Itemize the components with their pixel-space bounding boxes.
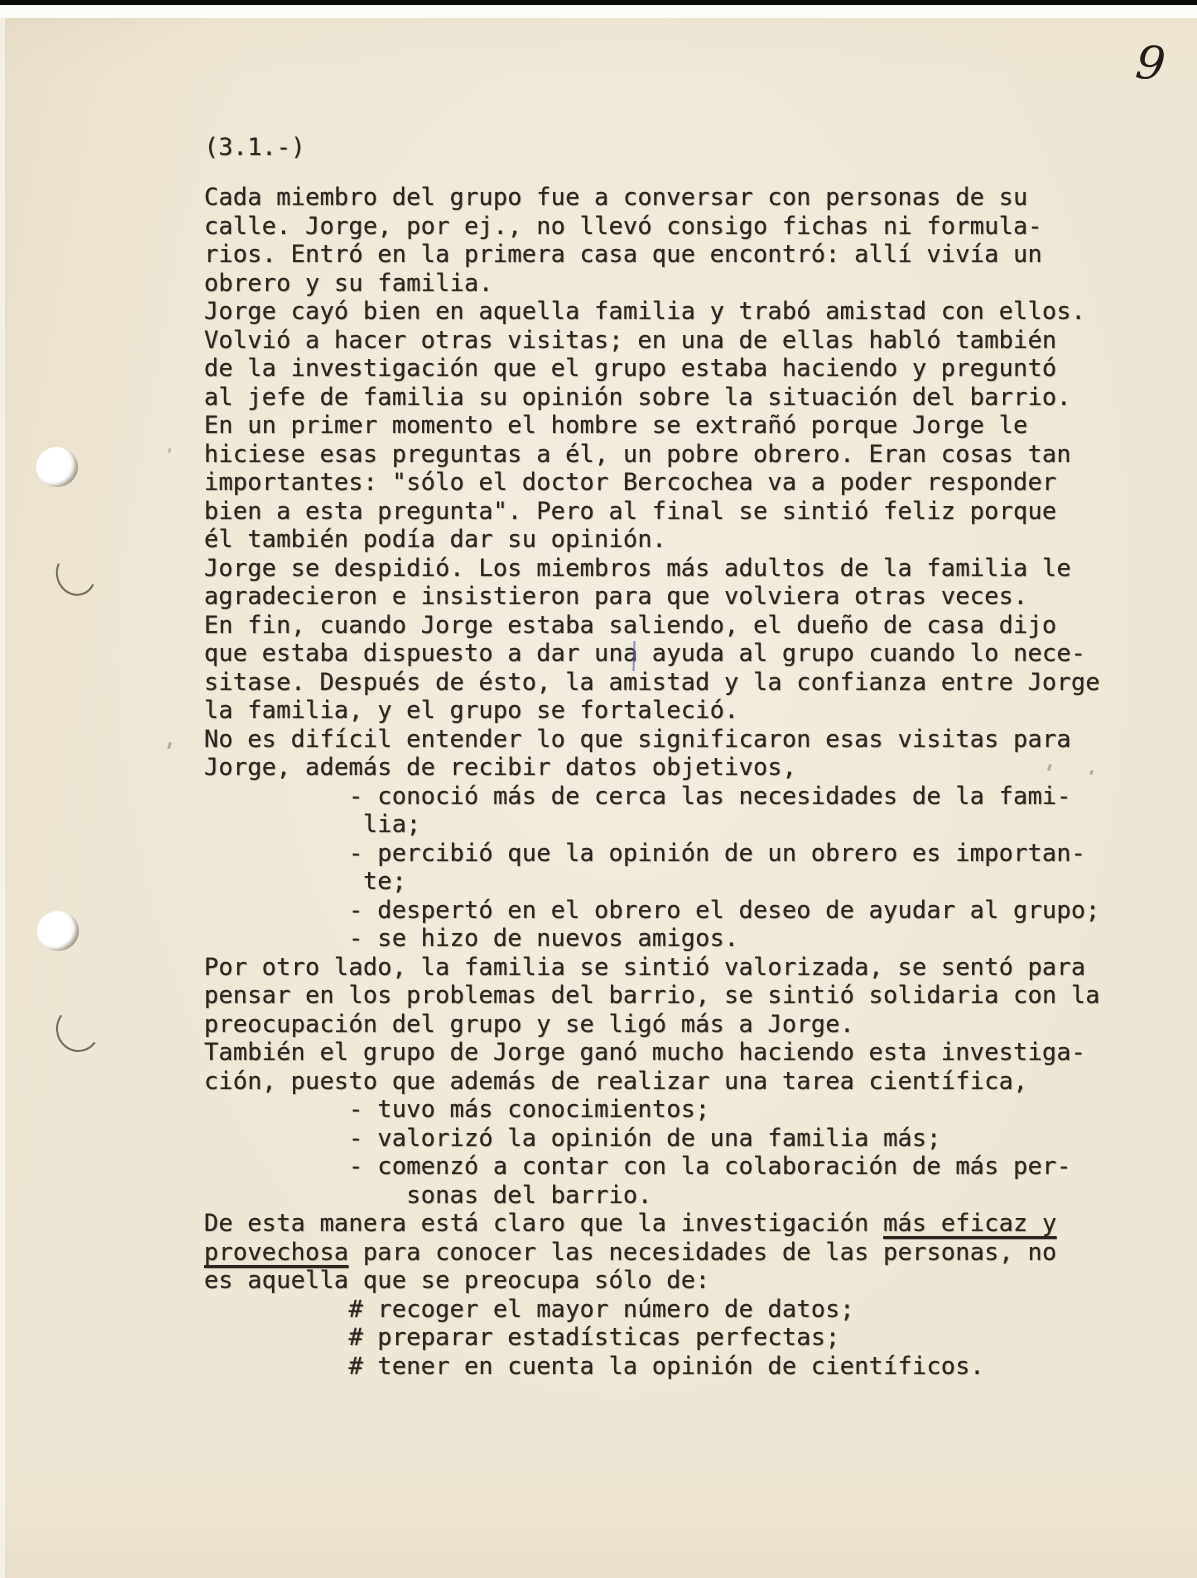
text-segment: - despertó en el obrero el deseo de ayud… xyxy=(204,896,1100,924)
text-line: calle. Jorge, por ej., no llevó consigo … xyxy=(204,212,1100,241)
text-segment: de la investigación que el grupo estaba … xyxy=(204,354,1057,382)
text-line: bien a esta pregunta". Pero al final se … xyxy=(204,497,1100,526)
text-segment: No es difícil entender lo que significar… xyxy=(204,725,1071,753)
punch-hole-top xyxy=(36,447,78,487)
text-segment: - comenzó a contar con la colaboración d… xyxy=(204,1152,1071,1180)
text-line: provechosa para conocer las necesidades … xyxy=(204,1238,1100,1267)
text-segment: al jefe de familia su opinión sobre la s… xyxy=(204,383,1071,411)
pen-mark-curve-bottom xyxy=(53,1003,103,1055)
text-line: ción, puesto que además de realizar una … xyxy=(204,1067,1100,1096)
text-segment: En fin, cuando Jorge estaba saliendo, el… xyxy=(204,611,1057,639)
text-segment: rios. Entró en la primera casa que encon… xyxy=(204,240,1042,268)
text-line: - percibió que la opinión de un obrero e… xyxy=(204,839,1100,868)
text-segment: Volvió a hacer otras visitas; en una de … xyxy=(204,326,1057,354)
text-segment: sonas del barrio. xyxy=(204,1181,652,1209)
text-segment: que estaba dispuesto a dar una ayuda al … xyxy=(204,639,1085,667)
text-segment: preocupación del grupo y se ligó más a J… xyxy=(204,1010,854,1038)
handwritten-page-number: 9 xyxy=(1134,39,1168,88)
text-segment: él también podía dar su opinión. xyxy=(204,525,666,553)
text-segment: - valorizó la opinión de una familia más… xyxy=(204,1124,941,1152)
text-line: Jorge, además de recibir datos objetivos… xyxy=(204,753,1100,782)
text-segment: ción, puesto que además de realizar una … xyxy=(204,1067,1028,1095)
text-segment: También el grupo de Jorge ganó mucho hac… xyxy=(204,1038,1085,1066)
text-segment: te; xyxy=(204,867,406,895)
text-segment: obrero y su familia. xyxy=(204,269,493,297)
text-segment: # tener en cuenta la opinión de científi… xyxy=(204,1352,984,1380)
text-segment: para conocer las necesidades de las pers… xyxy=(349,1238,1057,1266)
text-line: de la investigación que el grupo estaba … xyxy=(204,354,1100,383)
text-line: la familia, y el grupo se fortaleció. xyxy=(204,696,1100,725)
text-line: sitase. Después de ésto, la amistad y la… xyxy=(204,668,1100,697)
typewritten-text: Cada miembro del grupo fue a conversar c… xyxy=(204,183,1100,1380)
text-line: - tuvo más conocimientos; xyxy=(204,1095,1100,1124)
text-segment: - se hizo de nuevos amigos. xyxy=(204,924,739,952)
text-line: él también podía dar su opinión. xyxy=(204,525,1100,554)
text-segment: Cada miembro del grupo fue a conversar c… xyxy=(204,183,1028,211)
underlined-text: provechosa xyxy=(204,1238,349,1266)
text-segment: la familia, y el grupo se fortaleció. xyxy=(204,696,739,724)
section-label: (3.1.-) xyxy=(204,133,305,161)
text-line: obrero y su familia. xyxy=(204,269,1100,298)
text-line: De esta manera está claro que la investi… xyxy=(204,1209,1100,1238)
text-line: - despertó en el obrero el deseo de ayud… xyxy=(204,896,1100,925)
text-line: Cada miembro del grupo fue a conversar c… xyxy=(204,183,1100,212)
text-segment: Jorge cayó bien en aquella familia y tra… xyxy=(204,297,1085,325)
text-line: hiciese esas preguntas a él, un pobre ob… xyxy=(204,440,1100,469)
pen-mark-curve-top xyxy=(50,547,102,601)
text-segment: lia; xyxy=(204,810,421,838)
text-line: sonas del barrio. xyxy=(204,1181,1100,1210)
text-segment: sitase. Después de ésto, la amistad y la… xyxy=(204,668,1100,696)
text-segment: # recoger el mayor número de datos; xyxy=(204,1295,854,1323)
ink-speck xyxy=(167,448,171,454)
text-segment: bien a esta pregunta". Pero al final se … xyxy=(204,497,1057,525)
text-line: te; xyxy=(204,867,1100,896)
text-line: Volvió a hacer otras visitas; en una de … xyxy=(204,326,1100,355)
text-line: # tener en cuenta la opinión de científi… xyxy=(204,1352,1100,1381)
text-segment: hiciese esas preguntas a él, un pobre ob… xyxy=(204,440,1071,468)
text-line: En un primer momento el hombre se extrañ… xyxy=(204,411,1100,440)
text-line: En fin, cuando Jorge estaba saliendo, el… xyxy=(204,611,1100,640)
text-segment: importantes: "sólo el doctor Bercochea v… xyxy=(204,468,1057,496)
text-line: # preparar estadísticas perfectas; xyxy=(204,1323,1100,1352)
text-line: Jorge se despidió. Los miembros más adul… xyxy=(204,554,1100,583)
text-line: preocupación del grupo y se ligó más a J… xyxy=(204,1010,1100,1039)
text-line: Jorge cayó bien en aquella familia y tra… xyxy=(204,297,1100,326)
text-segment: es aquella que se preocupa sólo de: xyxy=(204,1266,710,1294)
text-line: es aquella que se preocupa sólo de: xyxy=(204,1266,1100,1295)
text-line: - comenzó a contar con la colaboración d… xyxy=(204,1152,1100,1181)
text-line: agradecieron e insistieron para que volv… xyxy=(204,582,1100,611)
text-segment: calle. Jorge, por ej., no llevó consigo … xyxy=(204,212,1042,240)
paper-edge-left xyxy=(0,18,5,1578)
text-line: lia; xyxy=(204,810,1100,839)
text-line: al jefe de familia su opinión sobre la s… xyxy=(204,383,1100,412)
text-line: rios. Entró en la primera casa que encon… xyxy=(204,240,1100,269)
text-segment: pensar en los problemas del barrio, se s… xyxy=(204,981,1100,1009)
text-line: - conoció más de cerca las necesidades d… xyxy=(204,782,1100,811)
text-segment: - conoció más de cerca las necesidades d… xyxy=(204,782,1071,810)
text-segment: - tuvo más conocimientos; xyxy=(204,1095,710,1123)
text-line: # recoger el mayor número de datos; xyxy=(204,1295,1100,1324)
text-line: pensar en los problemas del barrio, se s… xyxy=(204,981,1100,1010)
text-segment: Jorge, además de recibir datos objetivos… xyxy=(204,753,796,781)
punch-hole-bottom xyxy=(37,911,79,951)
text-line: Por otro lado, la familia se sintió valo… xyxy=(204,953,1100,982)
scanned-document-page: 9 (3.1.-) Cada miembro del grupo fue a c… xyxy=(0,0,1197,1578)
text-segment: Por otro lado, la familia se sintió valo… xyxy=(204,953,1085,981)
underlined-text: más eficaz y xyxy=(883,1209,1056,1237)
text-segment: En un primer momento el hombre se extrañ… xyxy=(204,411,1028,439)
text-line: - se hizo de nuevos amigos. xyxy=(204,924,1100,953)
text-segment: # preparar estadísticas perfectas; xyxy=(204,1323,840,1351)
text-line: importantes: "sólo el doctor Bercochea v… xyxy=(204,468,1100,497)
ink-speck xyxy=(167,742,172,750)
text-line: que estaba dispuesto a dar una ayuda al … xyxy=(204,639,1100,668)
text-line: No es difícil entender lo que significar… xyxy=(204,725,1100,754)
text-segment: De esta manera está claro que la investi… xyxy=(204,1209,883,1237)
text-line: También el grupo de Jorge ganó mucho hac… xyxy=(204,1038,1100,1067)
paper-edge-top xyxy=(0,5,1197,18)
text-segment: - percibió que la opinión de un obrero e… xyxy=(204,839,1085,867)
text-segment: agradecieron e insistieron para que volv… xyxy=(204,582,1028,610)
text-line: - valorizó la opinión de una familia más… xyxy=(204,1124,1100,1153)
text-segment: Jorge se despidió. Los miembros más adul… xyxy=(204,554,1071,582)
